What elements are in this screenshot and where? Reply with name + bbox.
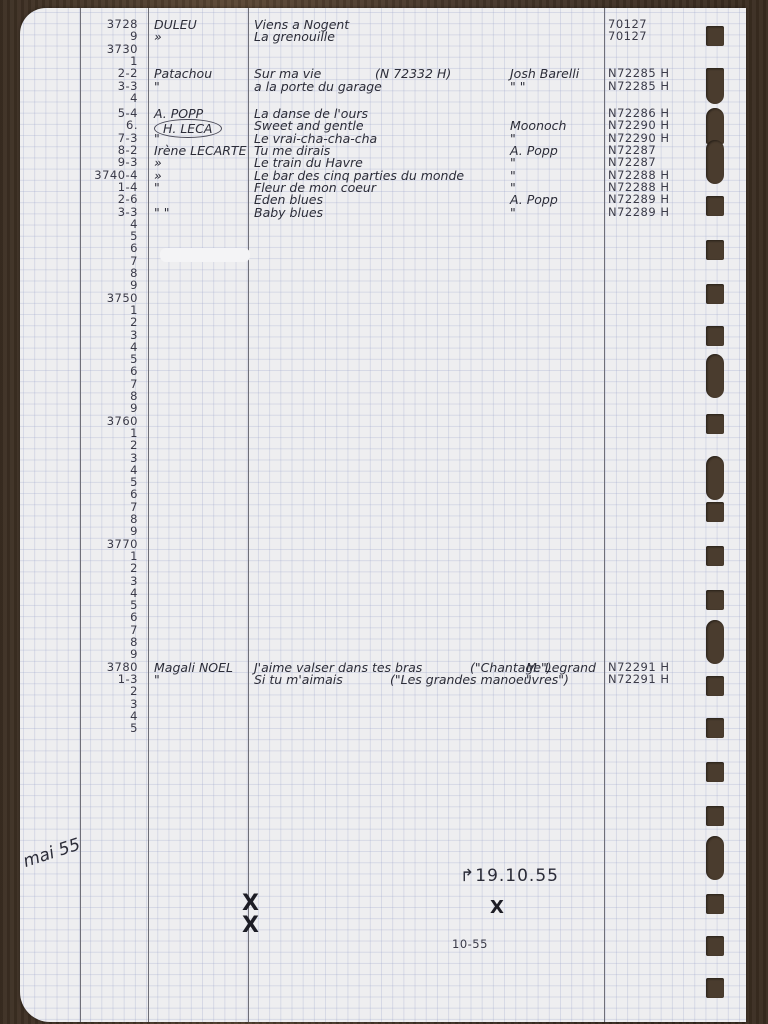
record-number: 7 [20, 501, 138, 514]
record-number: 1 [20, 550, 138, 563]
composer-name: " " [510, 80, 525, 93]
binder-hole [706, 546, 724, 566]
composer-name: A. Popp [510, 144, 558, 157]
record-number: 6 [20, 365, 138, 378]
binder-hole [706, 354, 724, 398]
composer-name: " [510, 206, 516, 219]
binder-hole [706, 978, 724, 998]
column-rule-2 [148, 8, 149, 1022]
record-number: 8 [20, 390, 138, 403]
record-number: 8 [20, 636, 138, 649]
binder-hole [706, 240, 724, 260]
record-number: 4 [20, 218, 138, 231]
catalog-reference: N72291 H [608, 673, 670, 686]
binder-hole [706, 26, 724, 46]
record-number: 4 [20, 464, 138, 477]
record-number: 4 [20, 710, 138, 723]
binder-hole [706, 620, 724, 664]
record-number: 3 [20, 452, 138, 465]
record-number: 4 [20, 587, 138, 600]
arrow-date-annotation: ↱19.10.55 [460, 870, 559, 883]
record-number: 2 [20, 562, 138, 575]
record-number: 2 [20, 316, 138, 329]
binder-hole [706, 718, 724, 738]
artist-name: Magali NOEL [154, 661, 233, 674]
record-number: 3 [20, 329, 138, 342]
record-number: 4 [20, 341, 138, 354]
binder-hole [706, 284, 724, 304]
artist-name: " " [154, 206, 169, 219]
binder-hole [706, 140, 724, 184]
binder-hole [706, 108, 724, 144]
artist-name: » [154, 30, 162, 43]
catalog-reference: N72285 H [608, 80, 670, 93]
record-number: 8 [20, 513, 138, 526]
record-number: 1 [20, 304, 138, 317]
record-number: 3 [20, 698, 138, 711]
artist-name: Irène LECARTE [154, 144, 246, 157]
binder-hole [706, 502, 724, 522]
record-number: 3728 [20, 18, 138, 31]
song-title: a la porte du garage [254, 80, 382, 93]
record-number: 5 [20, 722, 138, 735]
record-number: 7 [20, 378, 138, 391]
record-number: 7 [20, 624, 138, 637]
composer-name: A. Popp [510, 193, 558, 206]
cross-mark-icon: X [490, 898, 504, 918]
record-number: 3730 [20, 43, 138, 56]
record-number: 1-3 [20, 673, 138, 686]
binder-hole [706, 676, 724, 696]
record-number: 7 [20, 255, 138, 268]
artist-name: H. LECA [154, 119, 222, 138]
song-title: Baby blues [254, 206, 323, 219]
record-number: 3-3 [20, 206, 138, 219]
catalog-reference: N72289 H [608, 206, 670, 219]
binder-hole [706, 326, 724, 346]
record-number: 6 [20, 242, 138, 255]
binder-hole [706, 68, 724, 104]
record-number: 5 [20, 230, 138, 243]
composer-name: " [526, 673, 532, 686]
artist-name: " [154, 673, 160, 686]
record-number: 2 [20, 685, 138, 698]
binder-hole [706, 196, 724, 216]
white-out-smudge [160, 248, 250, 262]
binder-hole [706, 936, 724, 956]
ledger-page: 3728DULEUViens a Nogent701279»La grenoui… [20, 8, 746, 1022]
binder-hole [706, 806, 724, 826]
cross-mark-icon: X [242, 916, 259, 936]
catalog-reference: 70127 [608, 30, 647, 43]
record-number: 6 [20, 488, 138, 501]
artist-name: A. POPP [154, 107, 203, 120]
record-number: 3750 [20, 292, 138, 305]
record-number: 1 [20, 427, 138, 440]
record-number: 8 [20, 267, 138, 280]
title-note: ("Les grandes manoeuvres") [390, 673, 569, 686]
record-number: 5 [20, 353, 138, 366]
song-title: La grenouille [254, 30, 335, 43]
binder-hole [706, 836, 724, 880]
binder-hole [706, 762, 724, 782]
binder-hole [706, 590, 724, 610]
arrow-icon: ↱ [460, 866, 475, 886]
column-rule-3 [248, 8, 249, 1022]
binder-hole [706, 894, 724, 914]
record-number: 5 [20, 476, 138, 489]
record-number: 5 [20, 599, 138, 612]
cross-mark-icon: X [242, 894, 259, 914]
artist-name: " [154, 80, 160, 93]
binder-hole [706, 456, 724, 500]
composer-name: Moonoch [510, 119, 566, 132]
record-number: 5-4 [20, 107, 138, 120]
song-title: Si tu m'aimais [254, 673, 343, 686]
record-number: 3770 [20, 538, 138, 551]
record-number: 6 [20, 611, 138, 624]
record-number: 3760 [20, 415, 138, 428]
column-rule-4 [604, 8, 605, 1022]
record-number: 3 [20, 575, 138, 588]
record-number: 2 [20, 439, 138, 452]
record-number: 3-3 [20, 80, 138, 93]
under-date-annotation: 10-55 [452, 938, 488, 951]
binder-hole [706, 414, 724, 434]
title-note: (N 72332 H) [375, 67, 451, 80]
record-number: 4 [20, 92, 138, 105]
artist-name: " [154, 181, 160, 194]
artist-name: Patachou [154, 67, 212, 80]
